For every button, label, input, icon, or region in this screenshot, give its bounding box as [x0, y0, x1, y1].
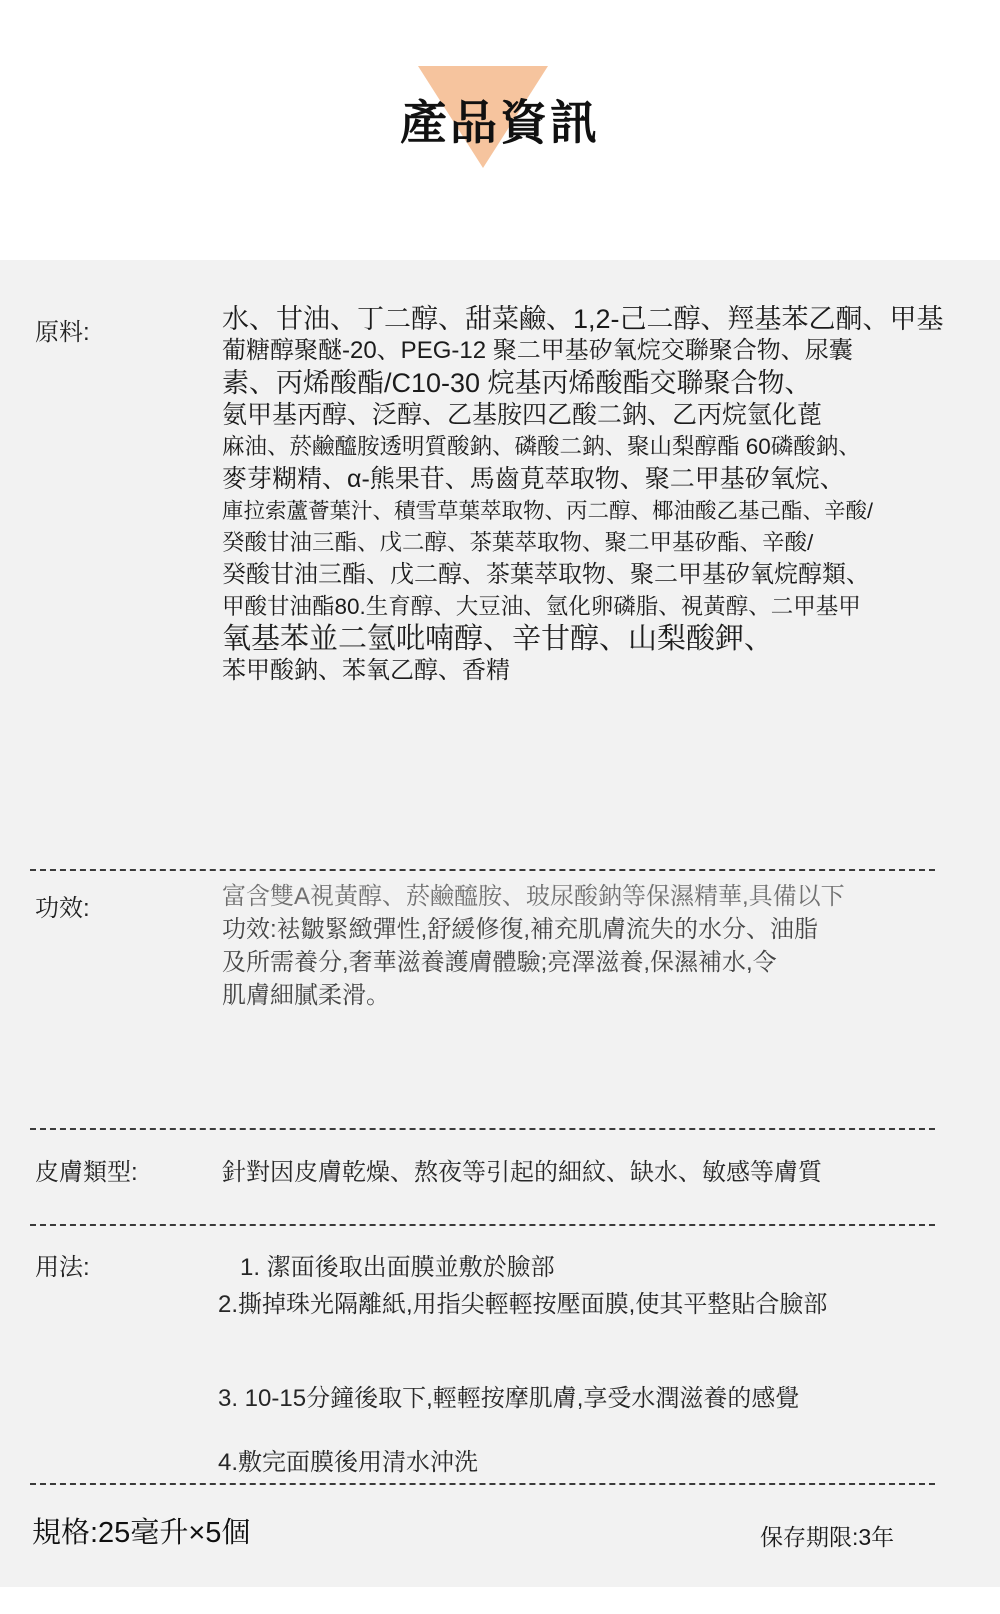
spec-text: 規格:25毫升×5個 [32, 1510, 250, 1551]
usage-step: 4.敷完面膜後用清水沖洗 [218, 1442, 478, 1477]
ingredients-line: 水、甘油、丁二醇、甜菜鹼、1,2-己二醇、羥基苯乙酮、甲基 [222, 303, 937, 335]
dashed-divider [30, 869, 935, 871]
header: 產品資訊 [0, 0, 1000, 260]
product-info-page: 產品資訊 原料: 水、甘油、丁二醇、甜菜鹼、1,2-己二醇、羥基苯乙酮、甲基 葡… [0, 0, 1000, 1614]
dashed-divider [30, 1224, 935, 1226]
shelf-life-text: 保存期限:3年 [760, 1519, 894, 1552]
skin-type-text: 針對因皮膚乾燥、熬夜等引起的細紋、缺水、敏感等膚質 [222, 1152, 822, 1187]
dashed-divider [30, 1128, 935, 1130]
ingredients-list: 水、甘油、丁二醇、甜菜鹼、1,2-己二醇、羥基苯乙酮、甲基 葡糖醇聚醚-20、P… [222, 303, 937, 687]
efficacy-label: 功效: [35, 888, 90, 923]
skin-type-label: 皮膚類型: [35, 1152, 138, 1187]
efficacy-line: 富含雙A視黃醇、菸鹼醯胺、玻尿酸鈉等保濕精華,具備以下 [222, 880, 937, 913]
usage-label: 用法: [35, 1247, 90, 1282]
efficacy-line: 肌膚細膩柔滑。 [222, 979, 937, 1012]
ingredients-line: 氨甲基丙醇、泛醇、乙基胺四乙酸二鈉、乙丙烷氫化蓖 [222, 399, 937, 431]
ingredients-line: 庫拉索蘆薈葉汁、積雪草葉萃取物、丙二醇、椰油酸乙基己酯、辛酸/ [222, 495, 937, 527]
ingredients-line: 甲酸甘油酯80.生育醇、大豆油、氫化卵磷脂、視黃醇、二甲基甲 [222, 591, 937, 623]
ingredients-line: 葡糖醇聚醚-20、PEG-12 聚二甲基矽氧烷交聯聚合物、尿囊 [222, 335, 937, 367]
ingredients-line: 麥芽糊精、α-熊果苷、馬齒莧萃取物、聚二甲基矽氧烷、 [222, 463, 937, 495]
efficacy-line: 及所需養分,奢華滋養護膚體驗;亮澤滋養,保濕補水,令 [222, 946, 937, 979]
ingredients-line: 癸酸甘油三酯、戊二醇、茶葉萃取物、聚二甲基矽氧烷醇類、 [222, 559, 937, 591]
dashed-divider [30, 1483, 935, 1485]
ingredients-line: 素、丙烯酸酯/C10-30 烷基丙烯酸酯交聯聚合物、 [222, 367, 937, 399]
usage-step: 3. 10-15分鐘後取下,輕輕按摩肌膚,享受水潤滋養的感覺 [218, 1378, 799, 1413]
ingredients-line: 苯甲酸鈉、苯氧乙醇、香精 [222, 655, 937, 687]
usage-step: 2.撕掉珠光隔離紙,用指尖輕輕按壓面膜,使其平整貼合臉部 [218, 1284, 827, 1319]
usage-step: 1. 潔面後取出面膜並敷於臉部 [240, 1247, 555, 1282]
efficacy-paragraph: 富含雙A視黃醇、菸鹼醯胺、玻尿酸鈉等保濕精華,具備以下 功效:袪皺緊緻彈性,舒緩… [222, 880, 937, 1012]
page-title: 產品資訊 [0, 86, 1000, 153]
ingredients-line: 麻油、菸鹼醯胺透明質酸鈉、磷酸二鈉、聚山梨醇酯 60磷酸鈉、 [222, 431, 937, 463]
ingredients-label: 原料: [35, 312, 90, 347]
efficacy-line: 功效:袪皺緊緻彈性,舒緩修復,補充肌膚流失的水分、油脂 [222, 913, 937, 946]
ingredients-line: 癸酸甘油三酯、戊二醇、茶葉萃取物、聚二甲基矽酯、辛酸/ [222, 527, 937, 559]
ingredients-line: 氧基苯並二氫吡喃醇、辛甘醇、山梨酸鉀、 [222, 623, 937, 655]
